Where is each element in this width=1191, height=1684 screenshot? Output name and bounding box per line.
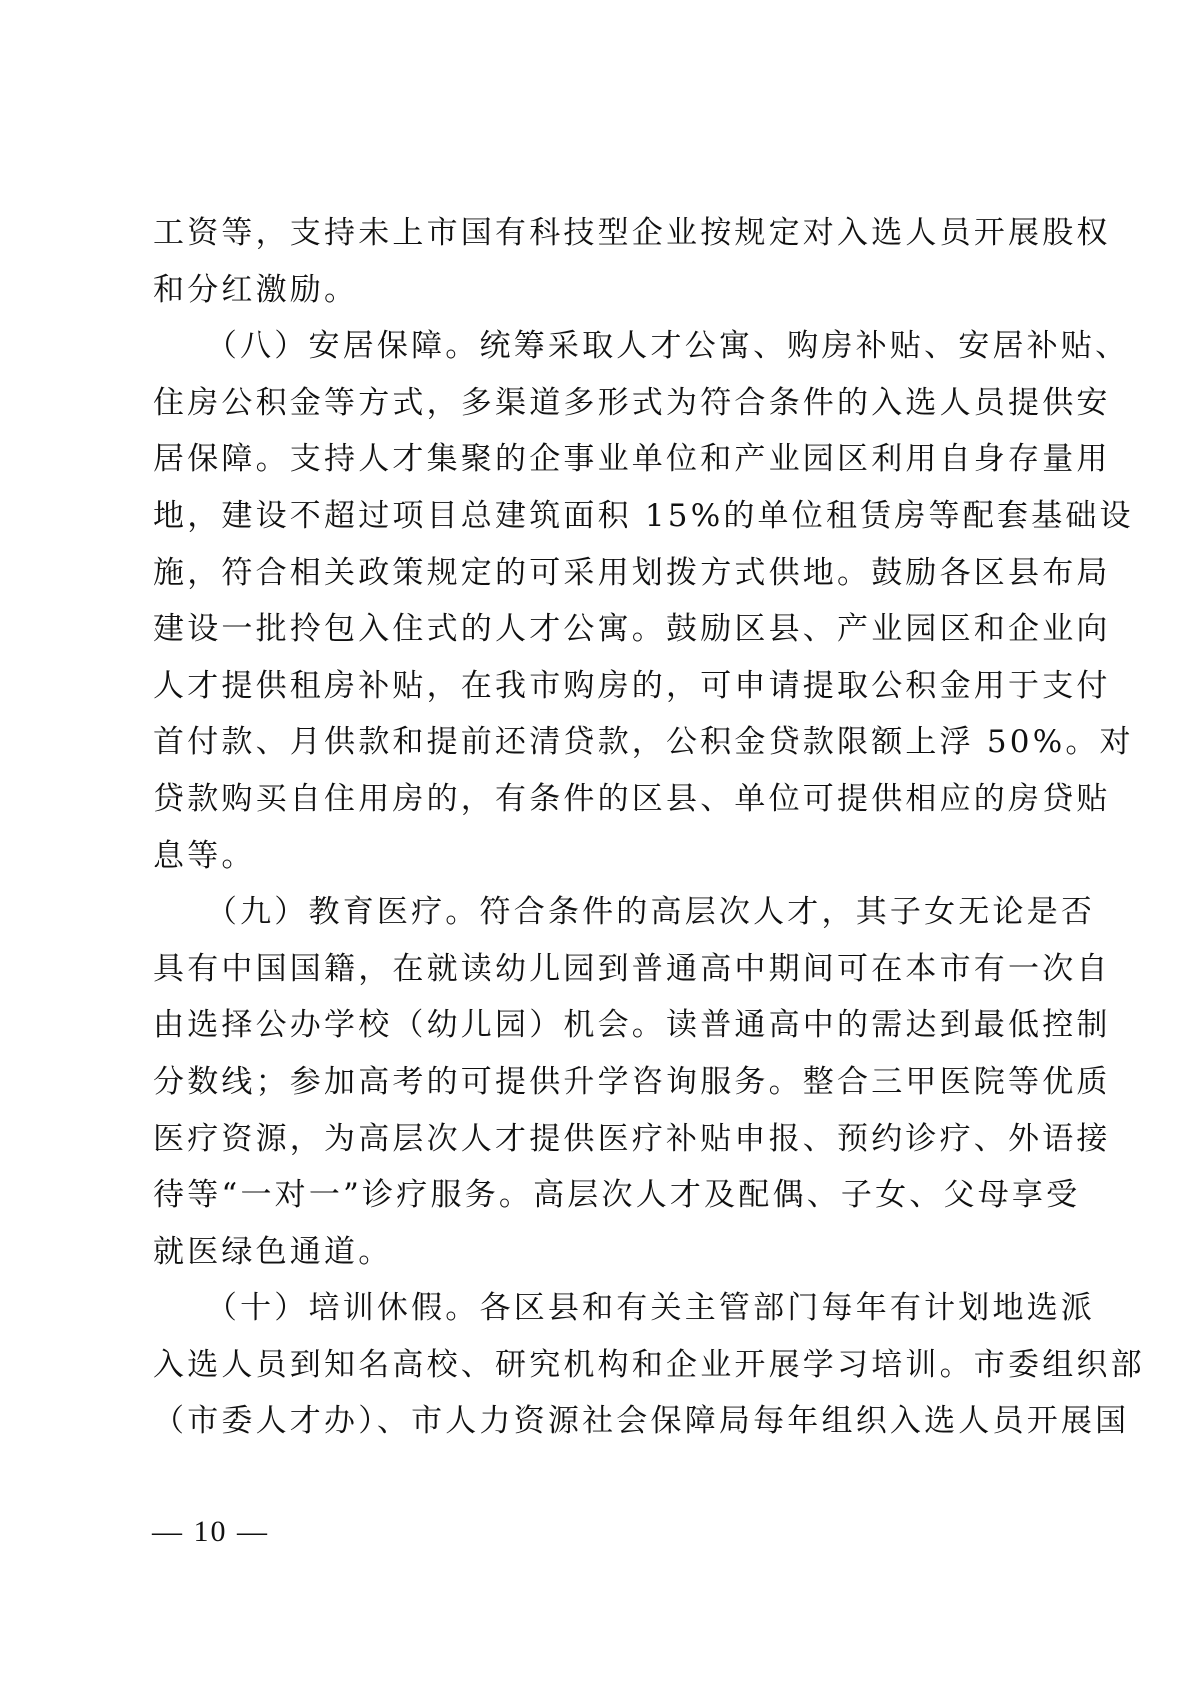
text-line: 地，建设不超过项目总建筑面积 15%的单位租赁房等配套基础设	[153, 488, 1033, 545]
text-line: 待等“一对一”诊疗服务。高层次人才及配偶、子女、父母享受	[153, 1167, 1033, 1224]
text-line: 居保障。支持人才集聚的企事业单位和产业园区利用自身存量用	[153, 431, 1033, 488]
text-line: 住房公积金等方式，多渠道多形式为符合条件的入选人员提供安	[153, 375, 1033, 432]
section-heading-line: （九）教育医疗。符合条件的高层次人才，其子女无论是否	[153, 884, 1033, 941]
text-line: 具有中国国籍，在就读幼儿园到普通高中期间可在本市有一次自	[153, 941, 1033, 998]
text-line: 首付款、月供款和提前还清贷款，公积金贷款限额上浮 50%。对	[153, 714, 1033, 771]
text-line: 由选择公办学校（幼儿园）机会。读普通高中的需达到最低控制	[153, 997, 1033, 1054]
text-line: 贷款购买自住用房的，有条件的区县、单位可提供相应的房贷贴	[153, 771, 1033, 828]
text-line: 施，符合相关政策规定的可采用划拨方式供地。鼓励各区县布局	[153, 545, 1033, 602]
text-line: 息等。	[153, 828, 1033, 885]
text-line: 入选人员到知名高校、研究机构和企业开展学习培训。市委组织部	[153, 1337, 1033, 1394]
page-number: — 10 —	[152, 1515, 269, 1549]
text-line: 分数线；参加高考的可提供升学咨询服务。整合三甲医院等优质	[153, 1054, 1033, 1111]
text-line: 人才提供租房补贴，在我市购房的，可申请提取公积金用于支付	[153, 658, 1033, 715]
text-line: 建设一批拎包入住式的人才公寓。鼓励区县、产业园区和企业向	[153, 601, 1033, 658]
text-line: （市委人才办）、市人力资源社会保障局每年组织入选人员开展国	[153, 1393, 1033, 1450]
text-line: 工资等，支持未上市国有科技型企业按规定对入选人员开展股权	[153, 205, 1033, 262]
document-page: 工资等，支持未上市国有科技型企业按规定对入选人员开展股权 和分红激励。 （八）安…	[0, 0, 1191, 1684]
section-heading-line: （八）安居保障。统筹采取人才公寓、购房补贴、安居补贴、	[153, 318, 1033, 375]
section-heading-line: （十）培训休假。各区县和有关主管部门每年有计划地选派	[153, 1280, 1033, 1337]
body-text: 工资等，支持未上市国有科技型企业按规定对入选人员开展股权 和分红激励。 （八）安…	[153, 205, 1033, 1450]
text-line: 医疗资源，为高层次人才提供医疗补贴申报、预约诊疗、外语接	[153, 1111, 1033, 1168]
text-line: 就医绿色通道。	[153, 1224, 1033, 1281]
text-line: 和分红激励。	[153, 262, 1033, 319]
